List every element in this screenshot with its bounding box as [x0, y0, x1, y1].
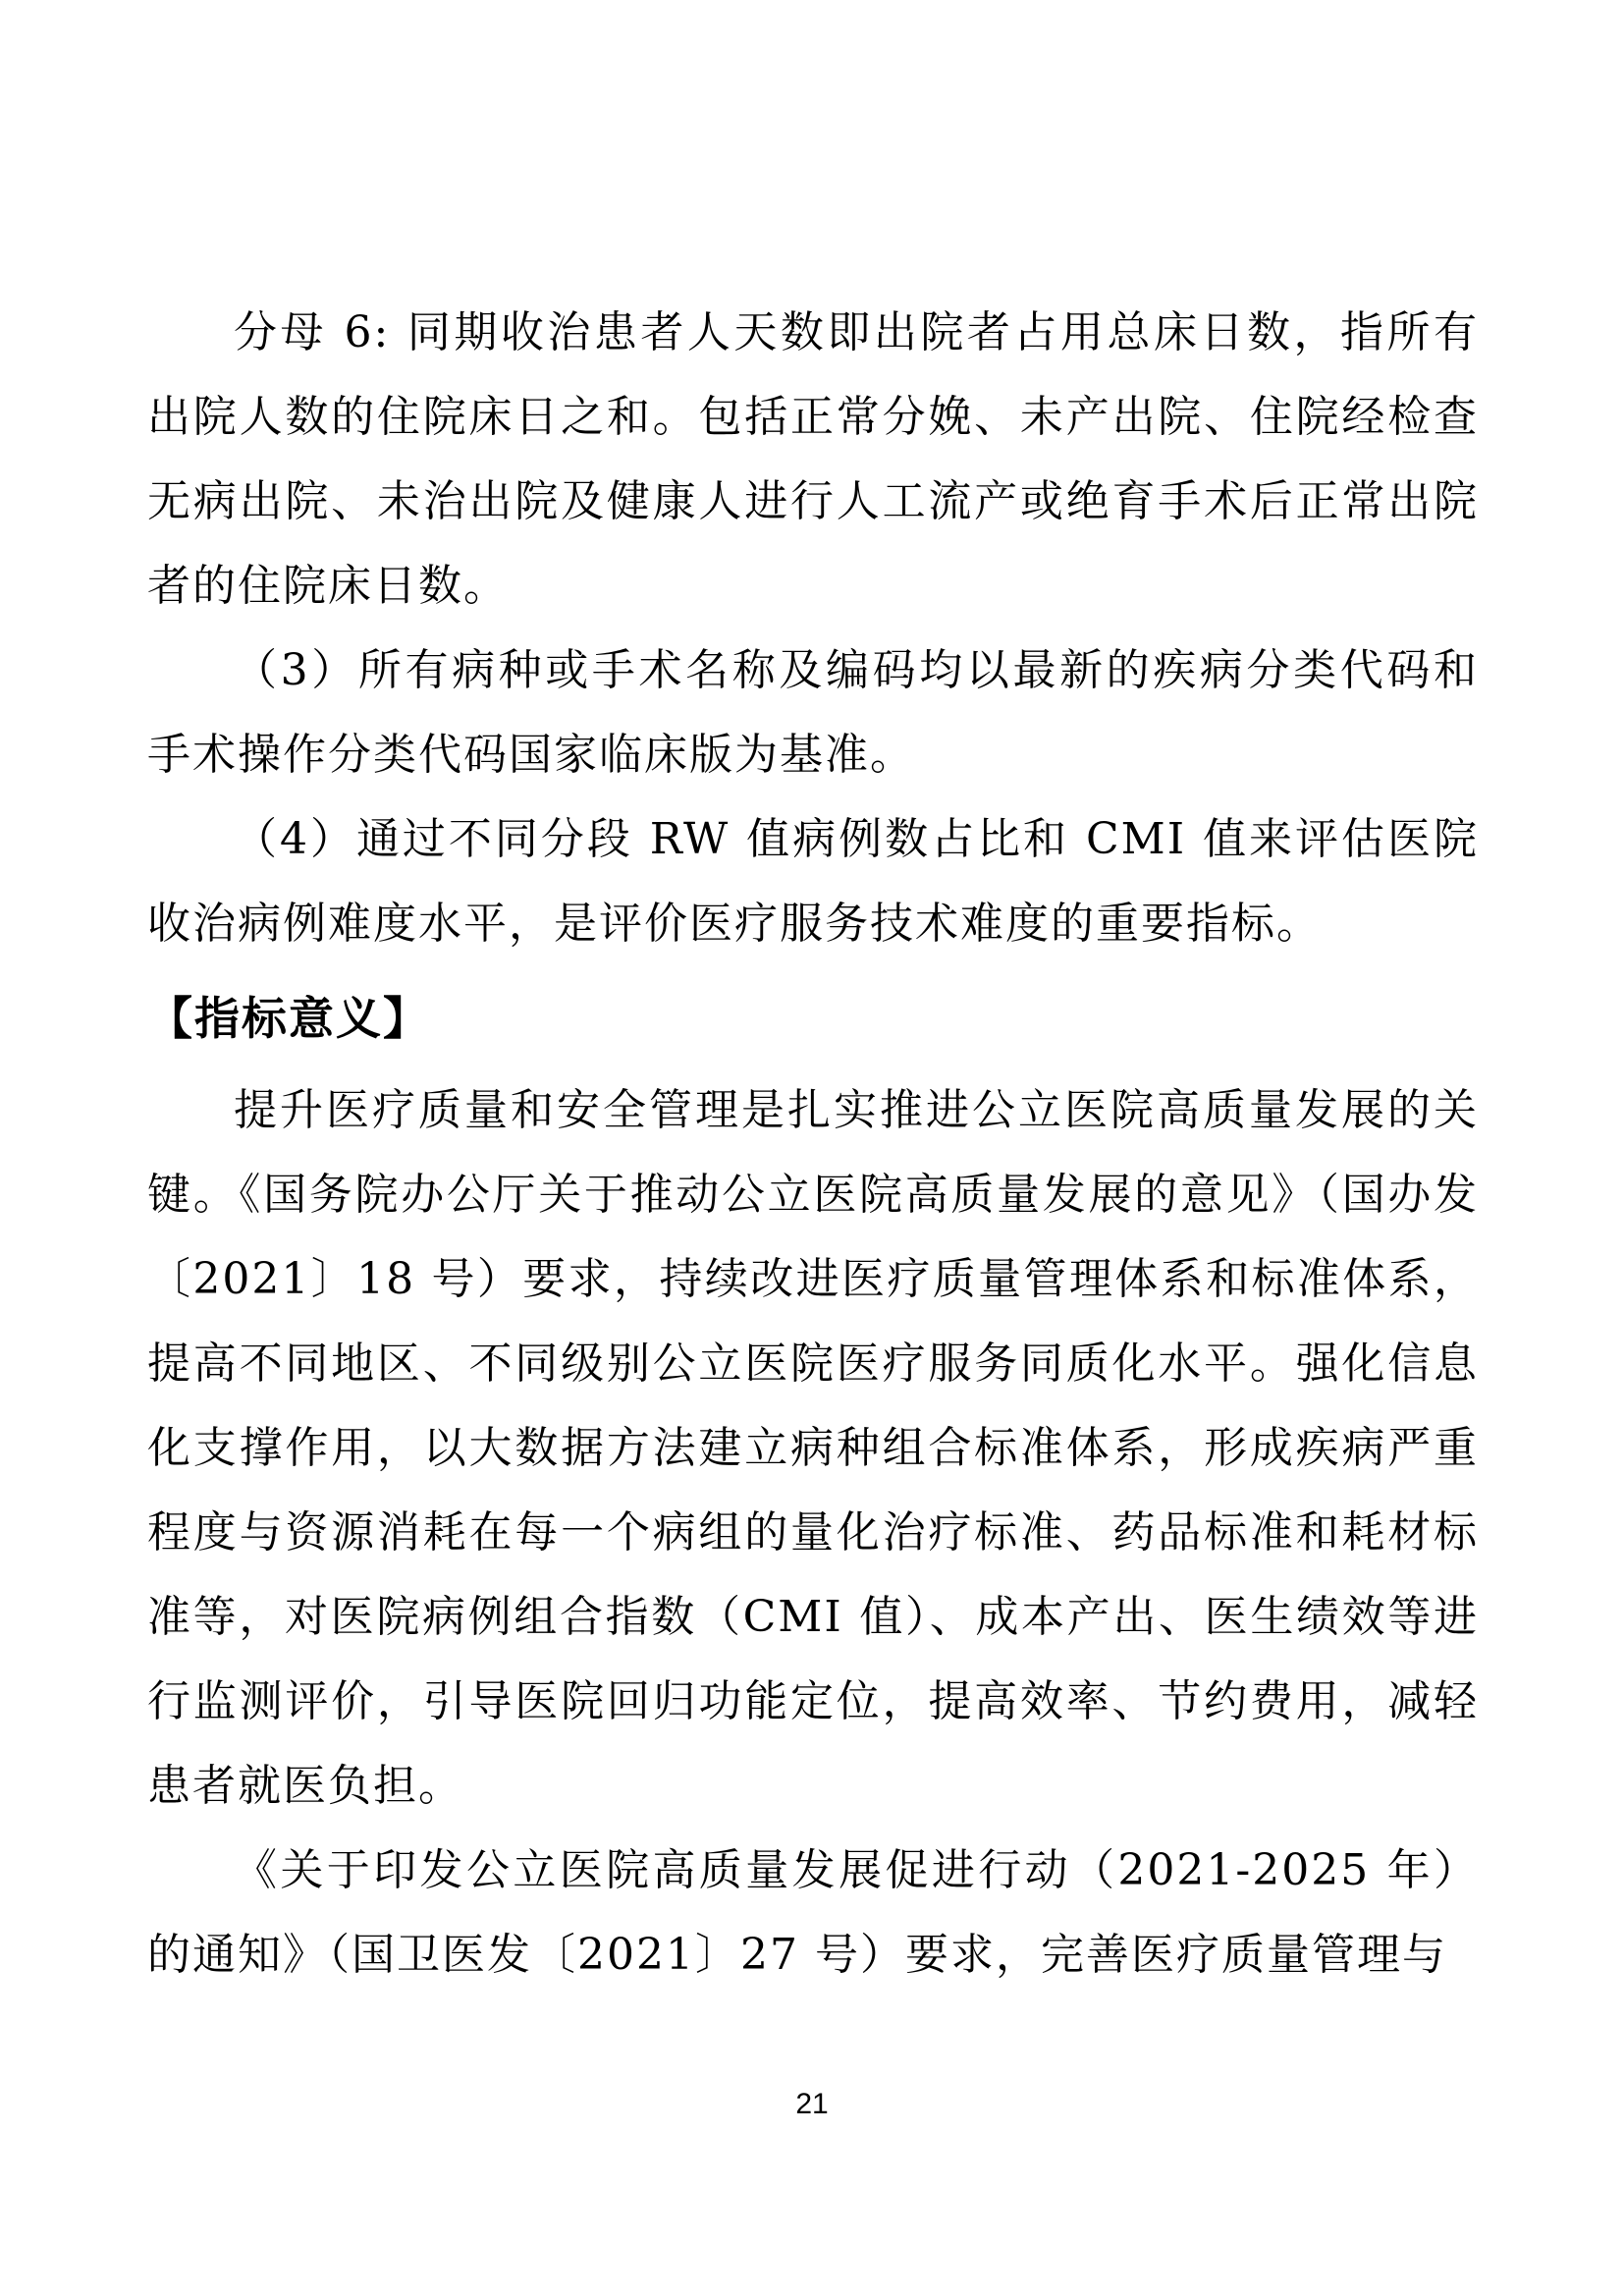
paragraph-note3: （3）所有病种或手术名称及编码均以最新的疾病分类代码和手术操作分类代码国家临床版… — [147, 629, 1479, 797]
paragraph-quality-development: 提升医疗质量和安全管理是扎实推进公立医院高质量发展的关键。《国务院办公厅关于推动… — [147, 1068, 1479, 1829]
paragraph-action-notice: 《关于印发公立医院高质量发展促进行动（2021-2025 年）的通知》（国卫医发… — [147, 1829, 1479, 1997]
section-heading-indicator-significance: 【指标意义】 — [147, 974, 1479, 1063]
page-number: 21 — [0, 2088, 1624, 2121]
paragraph-denominator6: 分母 6: 同期收治患者人天数即出院者占用总床日数，指所有出院人数的住院床日之和… — [147, 291, 1479, 629]
document-page: 分母 6: 同期收治患者人天数即出院者占用总床日数，指所有出院人数的住院床日之和… — [0, 0, 1624, 2296]
page-content: 分母 6: 同期收治患者人天数即出院者占用总床日数，指所有出院人数的住院床日之和… — [147, 291, 1479, 1997]
paragraph-note4: （4）通过不同分段 RW 值病例数占比和 CMI 值来评估医院收治病例难度水平，… — [147, 797, 1479, 966]
